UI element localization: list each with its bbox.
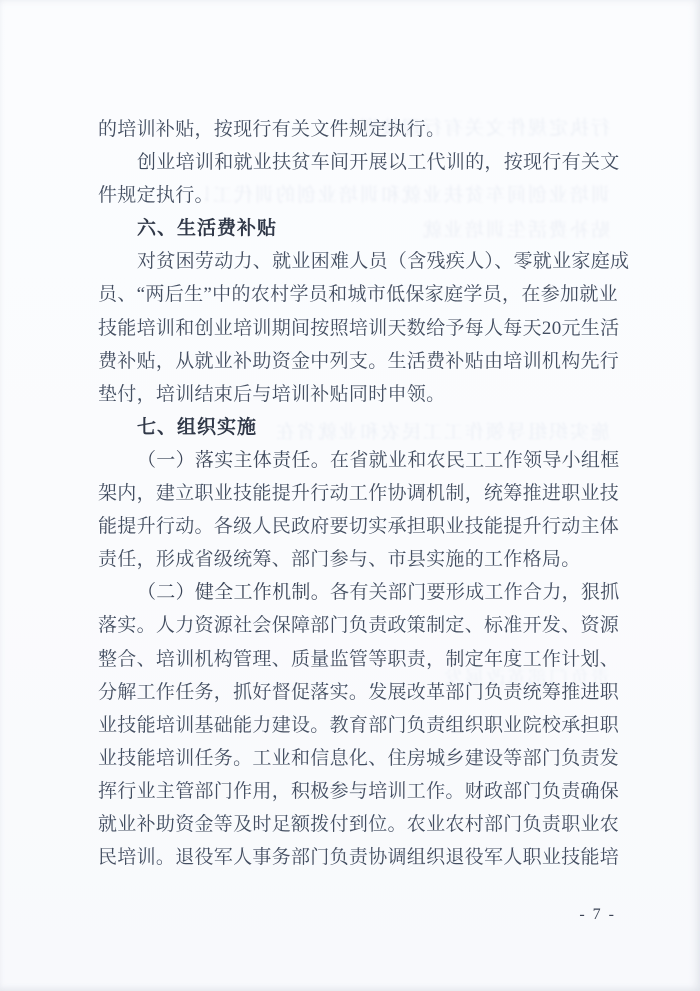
text-line: 创业培训和就业扶贫车间开展以工代训的，按现行有关文 (98, 146, 618, 179)
page-number: - 7 - (98, 906, 616, 924)
text-line: 责任，形成省级统筹、部门参与、市县实施的工作格局。 (98, 543, 618, 576)
text-line: 垫付，培训结束后与培训补贴同时申领。 (98, 378, 618, 411)
text-line: 整合、培训机构管理、质量监管等职责，制定年度工作计划、 (98, 643, 618, 676)
text-line: 业技能培训基础能力建设。教育部门负责组织职业院校承担职 (98, 709, 618, 742)
text-run: 各有关部门要形成工作合力，狠抓 (330, 582, 620, 603)
text-line: 员、“两后生”中的农村学员和城市低保家庭学员，在参加就业 (98, 278, 618, 311)
section-heading-6: 六、生活费补贴 (98, 212, 618, 245)
paragraph-lead: （一）落实主体责任。 (137, 450, 330, 471)
paragraph-lead: （二）健全工作机制。 (137, 582, 330, 603)
document-content: 的培训补贴，按现行有关文件规定执行。 创业培训和就业扶贫车间开展以工代训的，按现… (98, 113, 618, 874)
text-line: 技能培训和创业培训期间按照培训天数给予每人每天20元生活 (98, 312, 618, 345)
text-line: 能提升行动。各级人民政府要切实承担职业技能提升行动主体 (98, 510, 618, 543)
text-line: 业技能培训任务。工业和信息化、住房城乡建设等部门负责发 (98, 742, 618, 775)
section-heading-7: 七、组织实施 (98, 411, 618, 444)
text-line: 费补贴，从就业补助资金中列支。生活费补贴由培训机构先行 (98, 345, 618, 378)
text-line: 架内，建立职业技能提升行动工作协调机制，统筹推进职业技 (98, 477, 618, 510)
text-line: 分解工作任务，抓好督促落实。发展改革部门负责统筹推进职 (98, 676, 618, 709)
text-line: （一）落实主体责任。在省就业和农民工工作领导小组框 (98, 444, 618, 477)
text-line: 挥行业主管部门作用，积极参与培训工作。财政部门负责确保 (98, 775, 618, 808)
text-line: 就业补助资金等及时足额拨付到位。农业农村部门负责职业农 (98, 808, 618, 841)
text-line: 对贫困劳动力、就业困难人员（含残疾人）、零就业家庭成 (98, 245, 618, 278)
document-page: 行执定规件文关有行现按训代 训培业创间车贫扶业就和训培业创的训代工以展开 贴补费… (0, 0, 700, 991)
text-line: 的培训补贴，按现行有关文件规定执行。 (98, 113, 618, 146)
text-run: 在省就业和农民工工作领导小组框 (330, 450, 620, 471)
text-line: 件规定执行。 (98, 179, 618, 212)
text-line: （二）健全工作机制。各有关部门要形成工作合力，狠抓 (98, 576, 618, 609)
text-line: 落实。人力资源社会保障部门负责政策制定、标准开发、资源 (98, 609, 618, 642)
text-line: 民培训。退役军人事务部门负责协调组织退役军人职业技能培 (98, 841, 618, 874)
